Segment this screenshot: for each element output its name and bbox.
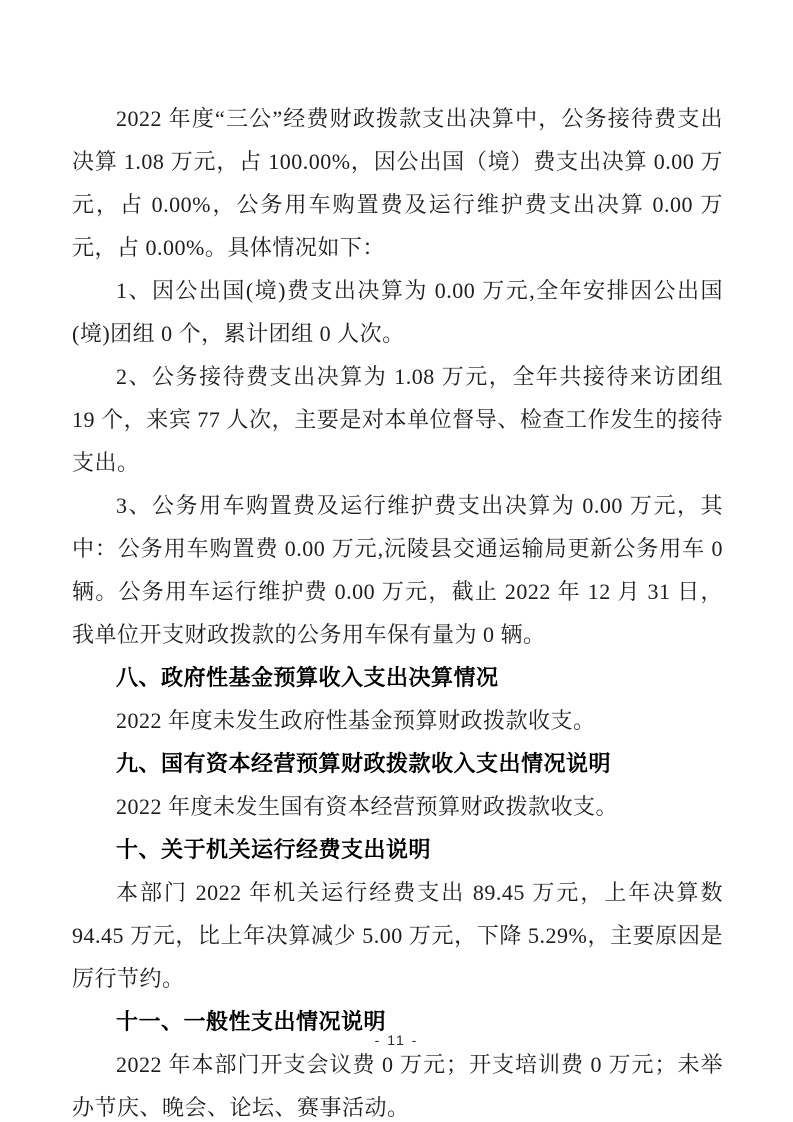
paragraph-abroad-expense: 1、因公出国(境)费支出决算为 0.00 万元,全年安排因公出国(境)团组 0 … — [72, 269, 723, 355]
paragraph-general-expense: 2022 年本部门开支会议费 0 万元；开支培训费 0 万元；未举办节庆、晚会、… — [72, 1043, 723, 1122]
section-heading-9: 九、国有资本经营预算财政拨款收入支出情况说明 — [72, 742, 723, 785]
document-body: 2022 年度“三公”经费财政拨款支出决算中，公务接待费支出决算 1.08 万元… — [72, 97, 723, 1122]
paragraph-sangong-summary: 2022 年度“三公”经费财政拨款支出决算中，公务接待费支出决算 1.08 万元… — [72, 97, 723, 269]
section-heading-8: 八、政府性基金预算收入支出决算情况 — [72, 656, 723, 699]
paragraph-operating-expense: 本部门 2022 年机关运行经费支出 89.45 万元，上年决算数 94.45 … — [72, 871, 723, 1000]
paragraph-reception-expense: 2、公务接待费支出决算为 1.08 万元，全年共接待来访团组 19 个，来宾 7… — [72, 355, 723, 484]
document-page: 2022 年度“三公”经费财政拨款支出决算中，公务接待费支出决算 1.08 万元… — [0, 0, 793, 1122]
page-number: - 11 - — [0, 1032, 793, 1048]
paragraph-gov-fund: 2022 年度未发生政府性基金预算财政拨款收支。 — [72, 699, 723, 742]
paragraph-state-capital: 2022 年度未发生国有资本经营预算财政拨款收支。 — [72, 785, 723, 828]
paragraph-vehicle-expense: 3、公务用车购置费及运行维护费支出决算为 0.00 万元，其中：公务用车购置费 … — [72, 484, 723, 656]
section-heading-10: 十、关于机关运行经费支出说明 — [72, 828, 723, 871]
